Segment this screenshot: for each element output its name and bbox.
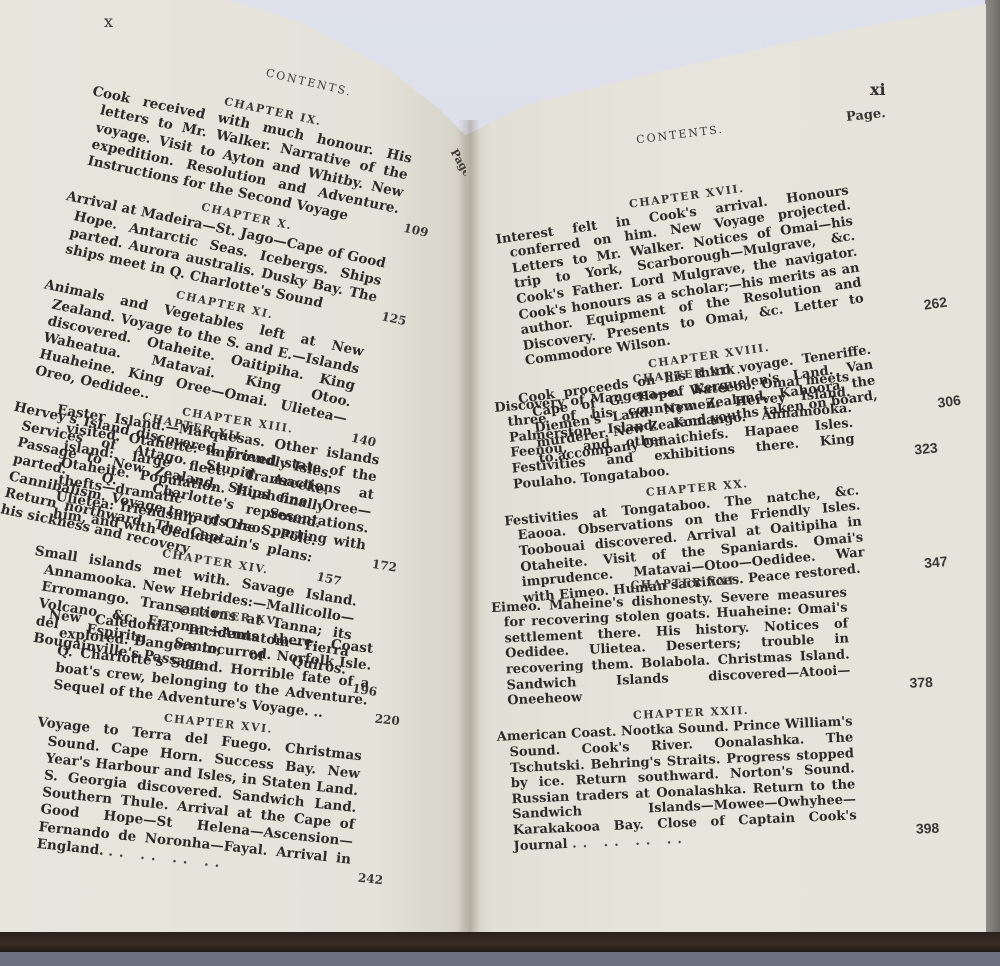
left-folio: x bbox=[104, 12, 113, 31]
page-number: 220 bbox=[386, 712, 401, 730]
page-number: 262 bbox=[935, 295, 948, 312]
toc-entry[interactable]: American Coast. Nootka Sound. Prince Wil… bbox=[497, 713, 892, 855]
right-running-head: CONTENTS. bbox=[636, 123, 725, 147]
page-number: 125 bbox=[391, 311, 408, 330]
left-page: x CONTENTS. Page. CHAPTER IX. Cook recei… bbox=[0, 0, 470, 932]
book-cover-bottom bbox=[0, 932, 1000, 952]
page-number: 398 bbox=[928, 820, 940, 836]
entry-text: Eimeo. Maheine's dishonesty. Severe meas… bbox=[491, 585, 851, 708]
left-running-head: CONTENTS. bbox=[265, 66, 354, 98]
right-contents-block-lower: CHAPTER XXI. Eimeo. Maheine's dishonesty… bbox=[490, 563, 892, 855]
page-number: 323 bbox=[926, 440, 939, 457]
book-cover-edge bbox=[985, 0, 1000, 935]
right-page-label: Page. bbox=[845, 106, 886, 125]
toc-entry[interactable]: Eimeo. Maheine's dishonesty. Severe meas… bbox=[491, 584, 885, 710]
page-number: 378 bbox=[921, 675, 933, 691]
surface bbox=[0, 952, 1000, 966]
right-folio: xi bbox=[870, 80, 886, 99]
left-contents-block-bottom: CHAPTER XV. New Caledonia. Incidents the… bbox=[24, 585, 410, 889]
page-number: 172 bbox=[382, 558, 398, 577]
book-gutter bbox=[458, 120, 480, 932]
page-number: 306 bbox=[948, 393, 961, 410]
page-number: 347 bbox=[936, 554, 949, 571]
page-number: 109 bbox=[413, 222, 430, 241]
page-number: 242 bbox=[369, 871, 384, 889]
